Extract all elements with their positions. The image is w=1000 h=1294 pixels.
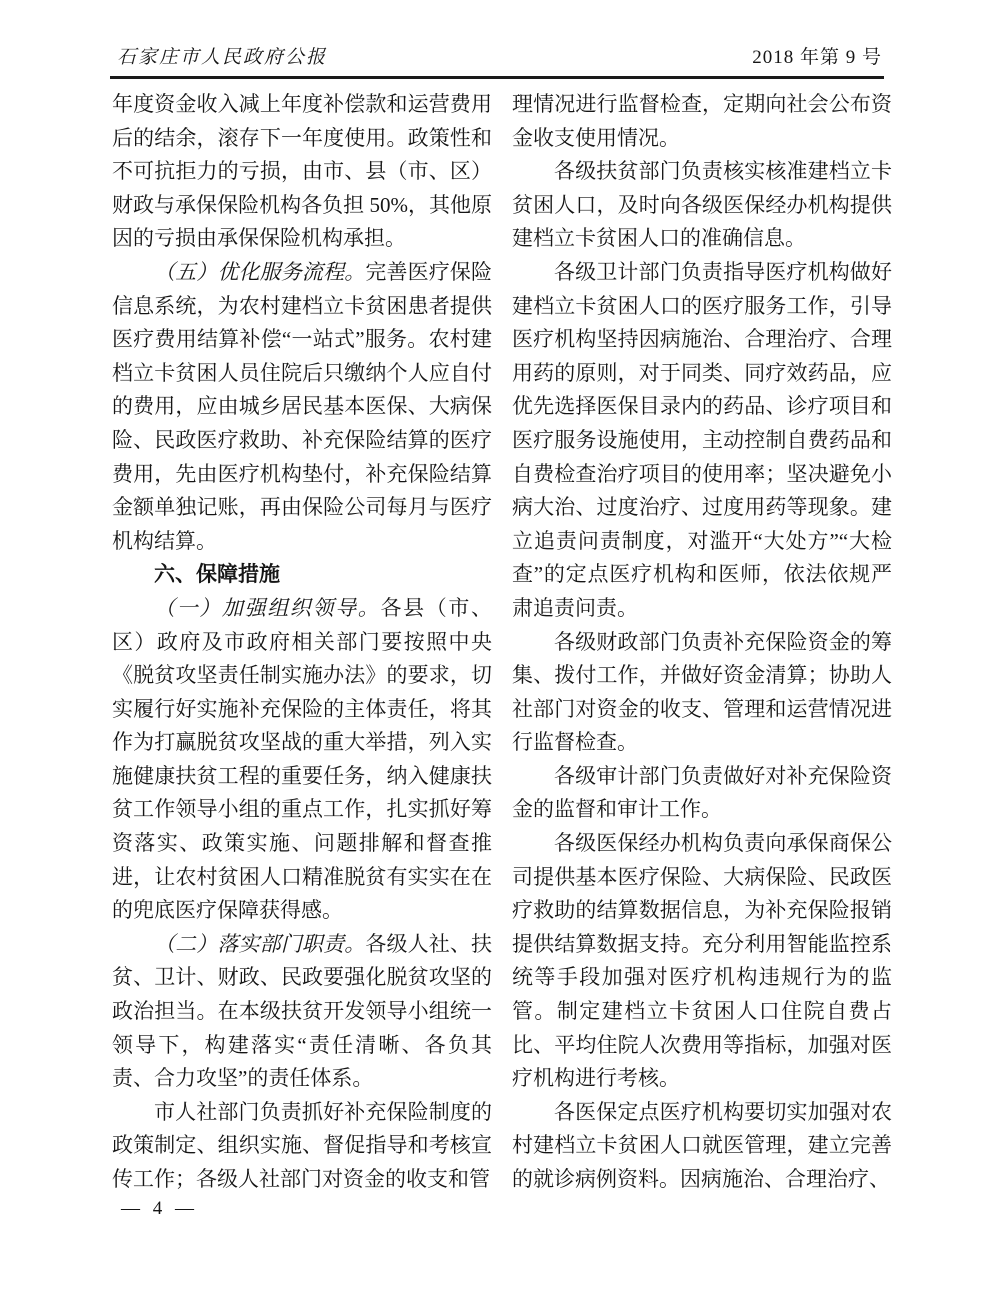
issue-number: 2018 年第 9 号: [752, 42, 884, 69]
section-heading: 六、保障措施: [112, 558, 492, 592]
page-number: — 4 —: [121, 1198, 198, 1220]
paragraph: （二）落实部门职责。各级人社、扶贫、卫计、财政、民政要强化脱贫攻坚的政治担当。在…: [112, 928, 492, 1096]
right-column: 理情况进行监督检查，定期向社会公布资金收支使用情况。 各级扶贫部门负责核实核准建…: [512, 88, 892, 1197]
paragraph: （五）优化服务流程。完善医疗保险信息系统，为农村建档立卡贫困患者提供医疗费用结算…: [112, 256, 492, 558]
page-header: 石家庄市人民政府公报 2018 年第 9 号: [110, 42, 884, 79]
clause-lead: （一）加强组织领导。: [154, 596, 380, 620]
paragraph: 各级审计部门负责做好对补充保险资金的监督和审计工作。: [512, 760, 892, 827]
clause-body: 各县（市、区）政府及市政府相关部门要按照中央《脱贫攻坚责任制实施办法》的要求，切…: [112, 596, 492, 922]
gazette-page: 石家庄市人民政府公报 2018 年第 9 号 年度资金收入减上年度补偿款和运营费…: [0, 0, 1000, 1294]
paragraph: 各级扶贫部门负责核实核准建档立卡贫困人口，及时向各级医保经办机构提供建档立卡贫困…: [512, 155, 892, 256]
gazette-title: 石家庄市人民政府公报: [110, 42, 327, 69]
clause-body: 完善医疗保险信息系统，为农村建档立卡贫困患者提供医疗费用结算补偿“一站式”服务。…: [112, 260, 492, 553]
paragraph: 各医保定点医疗机构要切实加强对农村建档立卡贫困人口就医管理，建立完善的就诊病例资…: [512, 1096, 892, 1197]
paragraph: 年度资金收入减上年度补偿款和运营费用后的结余，滚存下一年度使用。政策性和不可抗拒…: [112, 88, 492, 256]
left-column: 年度资金收入减上年度补偿款和运营费用后的结余，滚存下一年度使用。政策性和不可抗拒…: [112, 88, 492, 1197]
paragraph: 各级卫计部门负责指导医疗机构做好建档立卡贫困人口的医疗服务工作，引导医疗机构坚持…: [512, 256, 892, 626]
paragraph: 各级财政部门负责补充保险资金的筹集、拨付工作，并做好资金清算；协助人社部门对资金…: [512, 626, 892, 760]
paragraph: 理情况进行监督检查，定期向社会公布资金收支使用情况。: [512, 88, 892, 155]
clause-lead: （二）落实部门职责。: [154, 932, 365, 956]
paragraph: （一）加强组织领导。各县（市、区）政府及市政府相关部门要按照中央《脱贫攻坚责任制…: [112, 592, 492, 928]
clause-lead: （五）优化服务流程。: [154, 260, 365, 284]
two-column-body: 年度资金收入减上年度补偿款和运营费用后的结余，滚存下一年度使用。政策性和不可抗拒…: [112, 88, 892, 1197]
paragraph: 各级医保经办机构负责向承保商保公司提供基本医疗保险、大病保险、民政医疗救助的结算…: [512, 827, 892, 1096]
paragraph: 市人社部门负责抓好补充保险制度的政策制定、组织实施、督促指导和考核宣传工作；各级…: [112, 1096, 492, 1197]
